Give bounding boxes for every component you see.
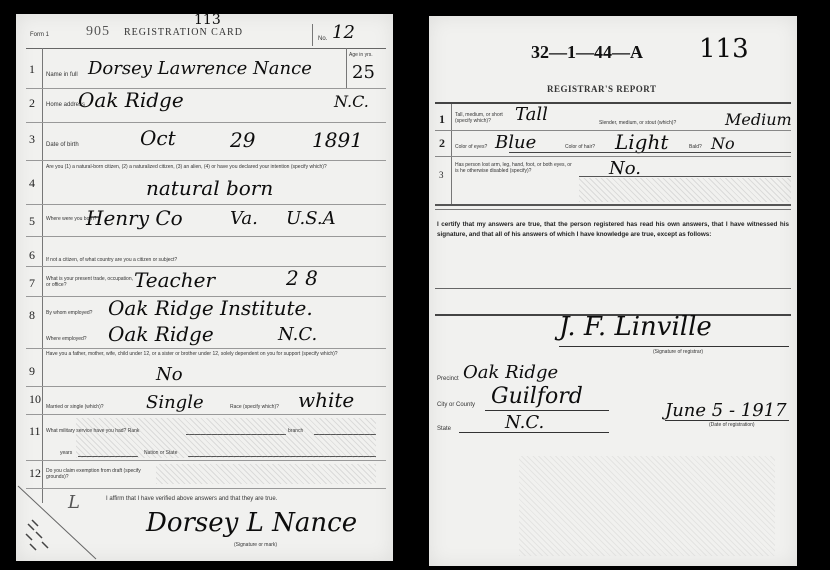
home-state-value: N.C. (334, 92, 369, 111)
employer-value: Oak Ridge Institute. (108, 296, 313, 320)
state-label: State (437, 426, 451, 432)
build-label: Slender, medium, or stout (which)? (599, 120, 676, 126)
age-value: 25 (352, 62, 375, 83)
age-label: Age in yrs. (349, 52, 373, 58)
field-label: Are you (1) a natural-born citizen, (2) … (46, 164, 386, 170)
row-number: 8 (29, 308, 35, 323)
marital-status-value: Single (146, 392, 204, 413)
affirm-text: I affirm that I have verified above answ… (106, 496, 277, 502)
precinct-value: Oak Ridge (463, 362, 558, 383)
race-label: Race (specify which)? (230, 404, 279, 410)
county-value: Guilford (491, 384, 583, 409)
birthplace-county-value: Henry Co (86, 206, 183, 230)
serial-handwritten: 113 (194, 12, 221, 28)
signature-caption: (Signature or mark) (234, 542, 277, 548)
row-number: 2 (29, 96, 35, 111)
no-label: No. (318, 36, 327, 42)
field-label: By whom employed? (46, 310, 92, 316)
birth-year-value: 1891 (312, 128, 363, 152)
employer-location-value: Oak Ridge (108, 322, 214, 346)
field-label: Have you a father, mother, wife, child u… (46, 351, 386, 357)
birthplace-country-value: U.S.A (286, 208, 336, 229)
citizenship-value: natural born (146, 176, 273, 200)
field-label: What is your present trade, occupation, … (46, 276, 136, 288)
hair-color-value: Light (615, 130, 668, 154)
eye-color-value: Blue (495, 132, 536, 153)
home-address-value: Oak Ridge (78, 88, 184, 112)
report-title: REGISTRAR'S REPORT (547, 84, 656, 94)
row-number: 7 (29, 276, 35, 291)
registrars-report: 32—1—44—A 113 REGISTRAR'S REPORT 1 Tall,… (429, 16, 797, 566)
bald-label: Bald? (689, 144, 702, 150)
row-number: 3 (29, 132, 35, 147)
field-label: Where employed? (46, 336, 87, 342)
field-label: If not a citizen, of what country are yo… (46, 257, 177, 263)
field-label: Color of eyes? (455, 144, 487, 150)
occupation-note: 2 8 (286, 266, 318, 290)
birthplace-state-value: Va. (230, 208, 258, 229)
hair-label: Color of hair? (565, 144, 595, 150)
row-number: 5 (29, 214, 35, 229)
row-number: 1 (29, 62, 35, 77)
row-number: 4 (29, 176, 35, 191)
registration-date: June 5 - 1917 (665, 400, 787, 421)
field-label: Date of birth (46, 142, 79, 148)
torn-corner-mark (16, 484, 106, 561)
years-label: years (60, 450, 72, 456)
field-label: Has person lost arm, leg, hand, foot, or… (455, 162, 575, 174)
birth-month-value: Oct (140, 126, 176, 150)
row-number: 1 (439, 112, 445, 127)
height-value: Tall (515, 104, 548, 125)
registration-code: 32—1—44—A (531, 42, 643, 63)
registrar-caption: (Signature of registrar) (653, 349, 703, 355)
serial-printed: 905 (86, 24, 110, 40)
employer-state-value: N.C. (278, 324, 317, 345)
row-number: 9 (29, 364, 35, 379)
field-label: Do you claim exemption from draft (speci… (46, 468, 146, 480)
build-value: Medium (725, 110, 792, 129)
row-number: 11 (29, 424, 41, 439)
certify-text: I certify that my answers are true, that… (437, 220, 789, 240)
registrant-signature: Dorsey L Nance (146, 508, 357, 538)
form-label: Form 1 (30, 32, 49, 38)
registration-card: Form 1 905 REGISTRATION CARD 113 No. 12 … (16, 14, 393, 561)
state-value: N.C. (505, 412, 544, 433)
card-number: 12 (332, 22, 355, 43)
row-number: 6 (29, 248, 35, 263)
field-label: Name in full (46, 72, 78, 78)
birth-day-value: 29 (230, 128, 255, 152)
county-label: City or County (437, 402, 475, 408)
row-number: 10 (29, 392, 41, 407)
field-label: Tall, medium, or short (specify which)? (455, 112, 511, 124)
date-caption: (Date of registration) (709, 422, 755, 428)
name-value: Dorsey Lawrence Nance (88, 58, 312, 79)
row-number: 2 (439, 136, 445, 151)
corner-letter: L (68, 492, 80, 513)
row-number: 12 (29, 466, 41, 481)
code-handwritten: 113 (699, 34, 749, 64)
race-value: white (298, 388, 354, 412)
field-label: Married or single (which)? (46, 404, 104, 410)
dependents-value: No (156, 364, 183, 385)
bald-value: No (711, 134, 735, 153)
occupation-value: Teacher (134, 268, 215, 292)
row-number: 3 (439, 170, 444, 180)
card-title: REGISTRATION CARD (124, 27, 243, 38)
registrar-signature: J. F. Linville (559, 312, 712, 342)
precinct-label: Precinct (437, 376, 459, 382)
